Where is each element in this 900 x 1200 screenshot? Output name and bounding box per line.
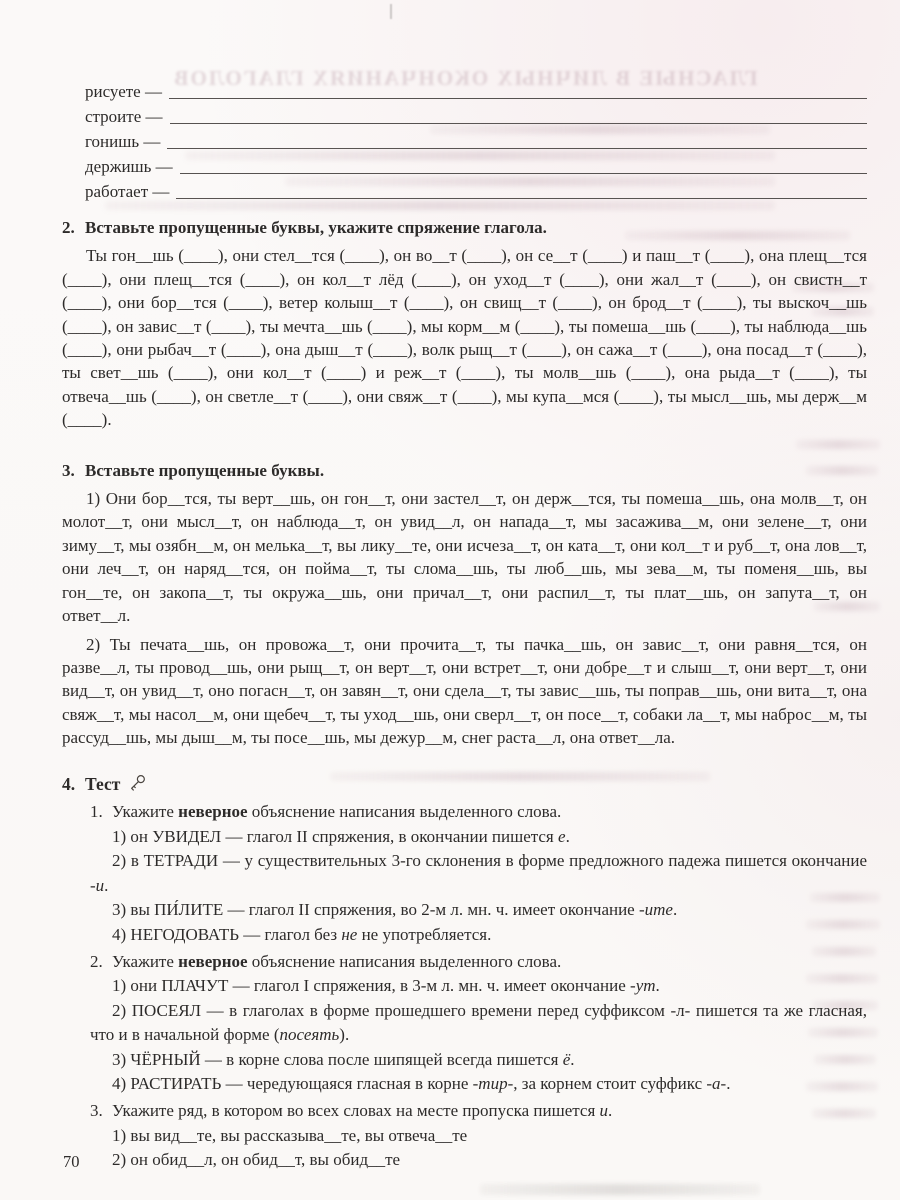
exercise-heading: 3.Вставьте пропущенные буквы.: [62, 459, 867, 482]
emphasis-italic: е: [558, 827, 566, 846]
exercise-body: Ты гон__шь (____), они стел__тся (____),…: [62, 244, 867, 431]
exercise-heading: 2.Вставьте пропущенные буквы, укажите сп…: [62, 216, 867, 239]
text-segment: 2) ПОСЕЯЛ — в глаголах в форме прошедшег…: [90, 1001, 867, 1045]
question-prompt: 3. Укажите ряд, в котором во всех словах…: [90, 1099, 867, 1124]
exercise-paragraph: 2) Ты печата__шь, он провожа__т, они про…: [62, 633, 867, 750]
scan-fold-mark: [390, 4, 392, 19]
question-prompt: 1. Укажите неверное объяснение написания…: [90, 800, 867, 825]
blank-line: [167, 148, 867, 149]
question-number: 1.: [90, 800, 112, 825]
emphasis-italic: тир: [478, 1074, 507, 1093]
emphasis-italic: и: [96, 876, 105, 895]
text-segment: -.: [721, 1074, 731, 1093]
text-segment: .: [566, 827, 570, 846]
emphasis-italic: посеять: [280, 1025, 340, 1044]
emphasis-bold: неверное: [178, 802, 247, 821]
exercise-heading: 4.Тест: [62, 773, 867, 796]
test-question: 1. Укажите неверное объяснение написания…: [90, 800, 867, 948]
exercise-4-test: 4.Тест 1. Укажите неверное объяснение на…: [62, 773, 867, 1173]
test-questions: 1. Укажите неверное объяснение написания…: [90, 800, 867, 1173]
word-list-row: гонишь —: [85, 128, 867, 153]
question-number: 2.: [90, 950, 112, 975]
text-segment: -, за корнем стоит суффикс -: [508, 1074, 712, 1093]
answer-option: 1) он УВИДЕЛ — глагол II спряжения, в ок…: [90, 825, 867, 850]
text-segment: 3) ЧЁРНЫЙ — в корне слова после шипящей …: [112, 1050, 563, 1069]
answer-option: 3) ЧЁРНЫЙ — в корне слова после шипящей …: [90, 1048, 867, 1073]
emphasis-italic: ите: [645, 900, 673, 919]
answer-option: 1) они ПЛАЧУТ — глагол I спряжения, в 3-…: [90, 974, 867, 999]
text-segment: .: [673, 900, 677, 919]
exercise-number: 4.: [62, 773, 85, 796]
text-segment: ).: [339, 1025, 349, 1044]
key-icon: [126, 773, 147, 794]
answer-option: 4) НЕГОДОВАТЬ — глагол без не не употреб…: [90, 923, 867, 948]
blank-line: [169, 98, 867, 99]
exercise-title: Тест: [85, 774, 120, 794]
test-question: 2. Укажите неверное объяснение написания…: [90, 950, 867, 1098]
emphasis-italic: и: [600, 1101, 609, 1120]
word-label: рисуете —: [85, 80, 169, 103]
blank-line: [180, 173, 867, 174]
word-label: гонишь —: [85, 130, 167, 153]
emphasis-italic: а: [712, 1074, 721, 1093]
exercise-2: 2.Вставьте пропущенные буквы, укажите сп…: [62, 216, 867, 432]
answer-option: 2) он обид__л, он обид__т, вы обид__те: [90, 1148, 867, 1173]
text-segment: .: [608, 1101, 612, 1120]
text-segment: объяснение написания выделенного слова.: [248, 802, 562, 821]
text-segment: Укажите: [112, 802, 178, 821]
exercise-title: Вставьте пропущенные буквы.: [85, 461, 324, 480]
blank-line: [176, 198, 867, 199]
text-segment: 2) он обид__л, он обид__т, вы обид__те: [112, 1150, 400, 1169]
text-segment: 1) они ПЛАЧУТ — глагол I спряжения, в 3-…: [112, 976, 636, 995]
page-number: 70: [63, 1150, 80, 1173]
text-segment: 4) РАСТИРАТЬ — чередующаяся гласная в ко…: [112, 1074, 478, 1093]
text-segment: 1) вы вид__те, вы рассказыва__те, вы отв…: [112, 1126, 467, 1145]
test-question: 3. Укажите ряд, в котором во всех словах…: [90, 1099, 867, 1173]
answer-option: 2) ПОСЕЯЛ — в глаголах в форме прошедшег…: [90, 999, 867, 1048]
exercise-number: 2.: [62, 216, 85, 239]
text-segment: 1) он УВИДЕЛ — глагол II спряжения, в ок…: [112, 827, 558, 846]
word-label: строите —: [85, 105, 170, 128]
word-list-row: рисуете —: [85, 78, 867, 103]
exercise-paragraphs: 1) Они бор__тся, ты верт__шь, он гон__т,…: [62, 487, 867, 749]
text-segment: .: [570, 1050, 574, 1069]
text-segment: Укажите ряд, в котором во всех словах на…: [112, 1101, 600, 1120]
workbook-page: ГЛАСНЫЕ В ЛИЧНЫХ ОКОНЧАНИЯХ ГЛАГОЛОВ рис…: [0, 0, 900, 1200]
word-list-row: держишь —: [85, 153, 867, 178]
question-prompt: 2. Укажите неверное объяснение написания…: [90, 950, 867, 975]
text-segment: .: [656, 976, 660, 995]
word-label: держишь —: [85, 155, 180, 178]
emphasis-italic: ут: [636, 976, 656, 995]
emphasis-bold: неверное: [178, 952, 247, 971]
answer-option: 1) вы вид__те, вы рассказыва__те, вы отв…: [90, 1124, 867, 1149]
text-segment: .: [104, 876, 108, 895]
exercise-number: 3.: [62, 459, 85, 482]
answer-option: 2) в ТЕТРАДИ — у существительных 3-го ск…: [90, 849, 867, 898]
word-list: рисуете —строите —гонишь —держишь —работ…: [85, 78, 867, 203]
text-segment: 4) НЕГОДОВАТЬ — глагол без: [112, 925, 341, 944]
answer-option: 4) РАСТИРАТЬ — чередующаяся гласная в ко…: [90, 1072, 867, 1097]
exercise-paragraph: 1) Они бор__тся, ты верт__шь, он гон__т,…: [62, 487, 867, 627]
exercise-3: 3.Вставьте пропущенные буквы. 1) Они бор…: [62, 459, 867, 750]
text-segment: Укажите: [112, 952, 178, 971]
text-segment: 3) вы ПИ́ЛИТЕ — глагол II спряжения, во …: [112, 900, 645, 919]
exercise-title: Вставьте пропущенные буквы, укажите спря…: [85, 218, 547, 237]
word-label: работает —: [85, 180, 176, 203]
bleed-smudge: [480, 1184, 760, 1195]
question-number: 3.: [90, 1099, 112, 1124]
blank-line: [170, 123, 867, 124]
emphasis-italic: не: [341, 925, 357, 944]
text-segment: объяснение написания выделенного слова.: [248, 952, 562, 971]
word-list-row: работает —: [85, 178, 867, 203]
text-segment: 2) в ТЕТРАДИ — у существительных 3-го ск…: [90, 851, 867, 895]
bleed-smudge: [796, 440, 880, 449]
text-segment: не употребляется.: [357, 925, 491, 944]
word-list-row: строите —: [85, 103, 867, 128]
answer-option: 3) вы ПИ́ЛИТЕ — глагол II спряжения, во …: [90, 898, 867, 923]
